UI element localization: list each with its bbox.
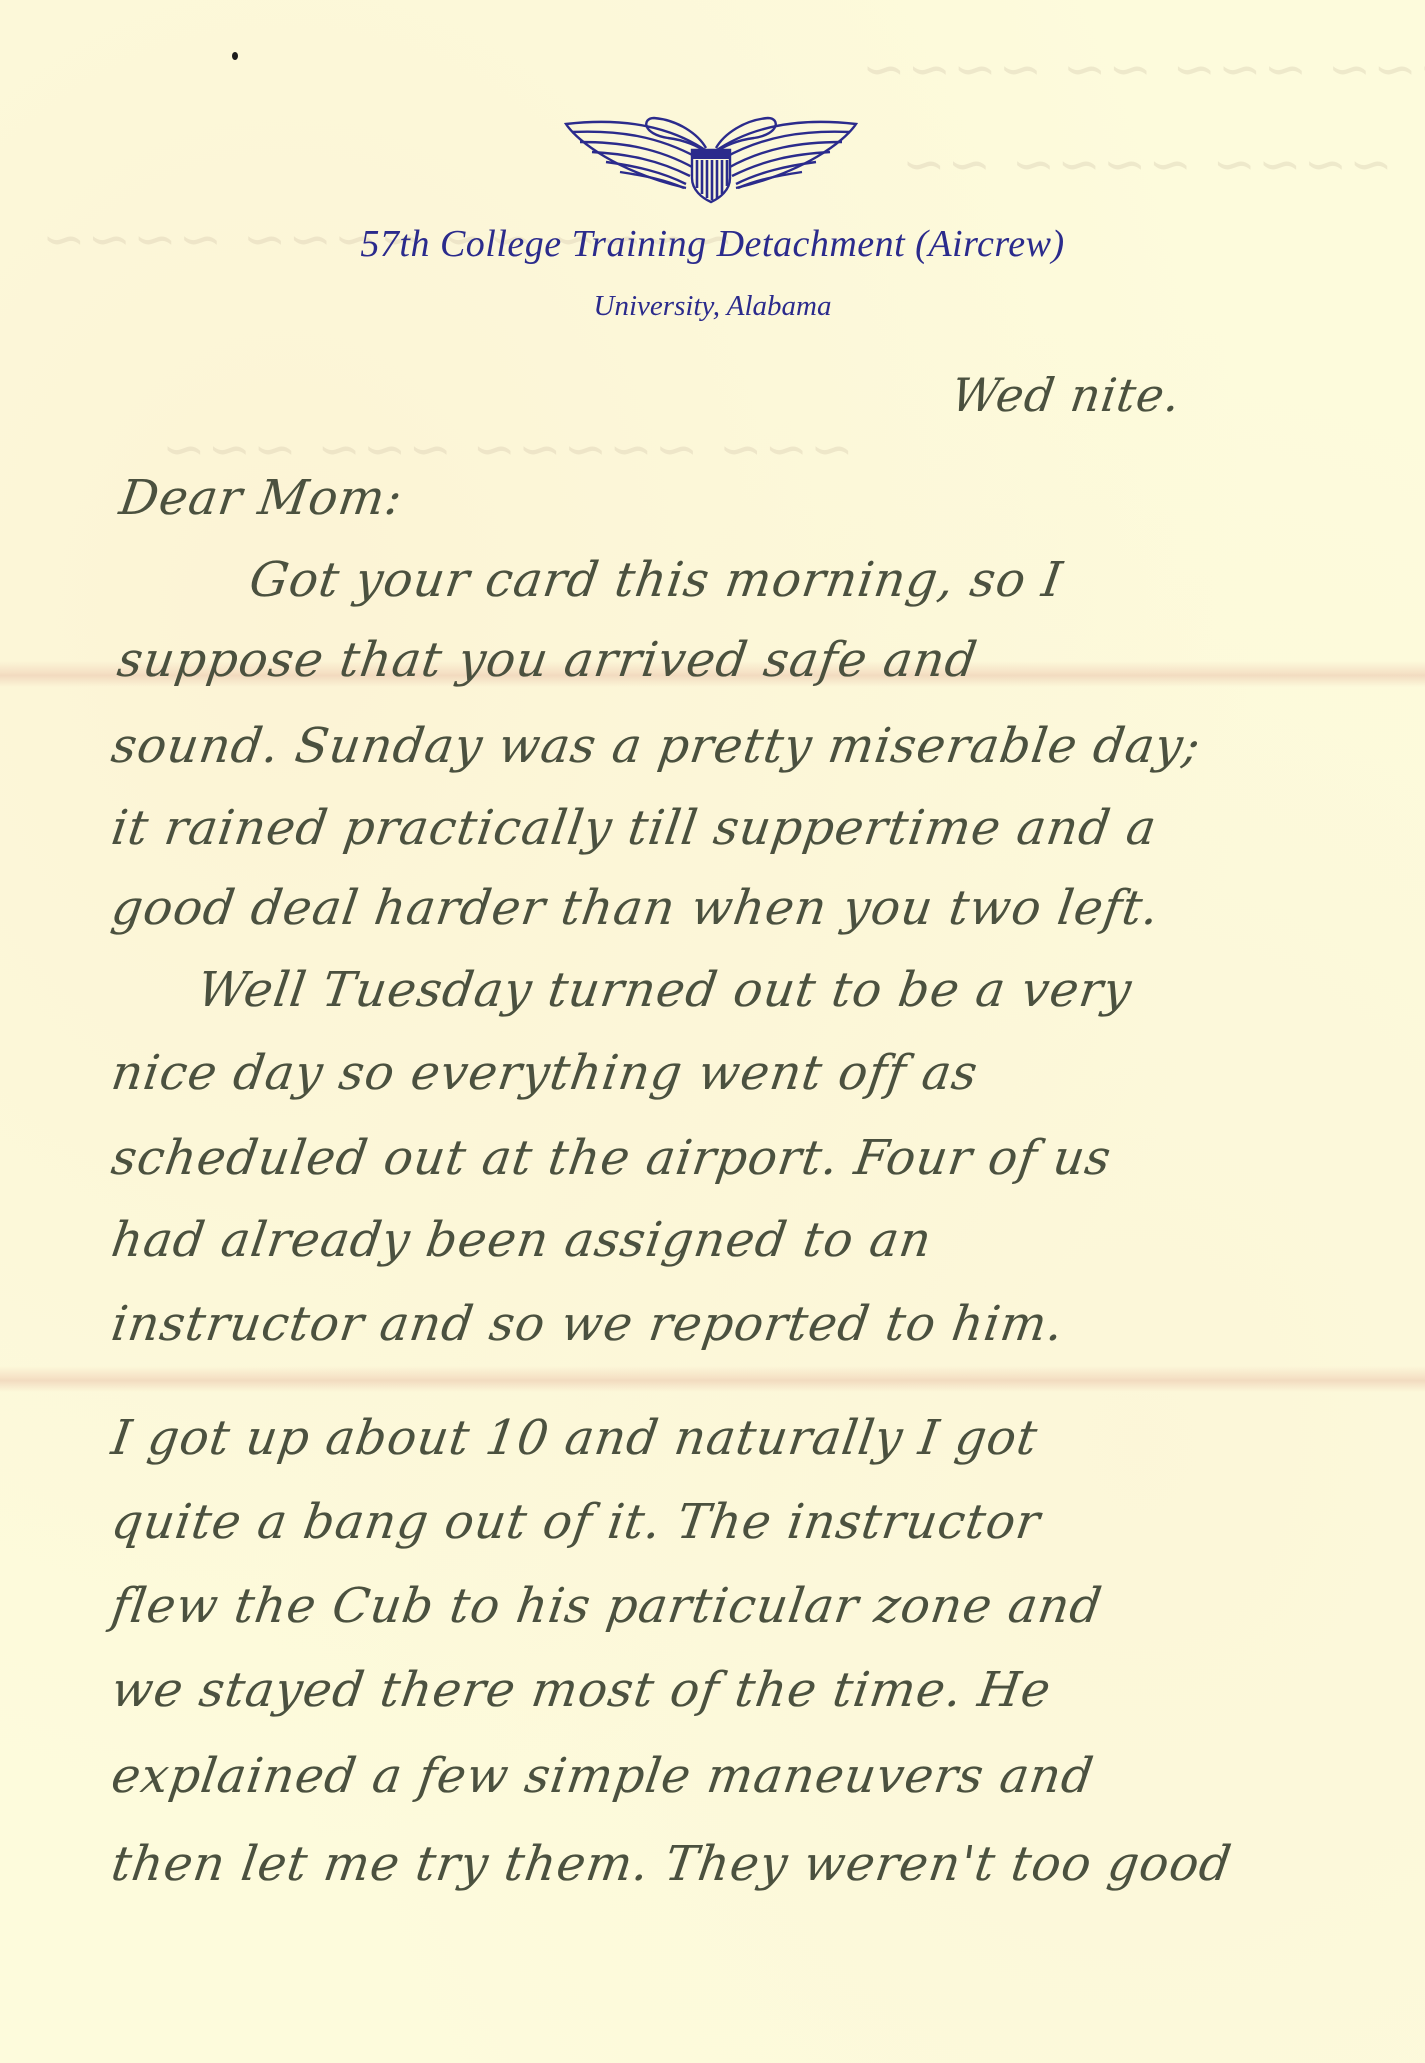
letter-date: Wed nite. [948,368,1184,422]
letter-line: sound. Sunday was a pretty miserable day… [108,718,1204,774]
letter-line: good deal harder than when you two left. [108,880,1163,936]
letter-line: it rained practically till suppertime an… [108,800,1160,856]
letterhead-location: University, Alabama [0,290,1425,323]
letter-line: we stayed there most of the time. He [108,1662,1055,1718]
letter-line: suppose that you arrived safe and [114,632,981,688]
letter-line: nice day so everything went off as [108,1045,982,1101]
bleed-through-text: ~~~~ ~~~~ ~~ [900,135,1393,195]
letter-line: then let me try them. They weren't too g… [108,1836,1235,1892]
letterhead-title: 57th College Training Detachment (Aircre… [0,222,1425,266]
letter-line: Got your card this morning, so I [246,552,1066,608]
letter-line: Well Tuesday turned out to be a very [194,962,1135,1018]
letter-line: explained a few simple maneuvers and [108,1748,1097,1804]
paper-fold-line [0,1366,1425,1392]
letter-line: scheduled out at the airport. Four of us [108,1130,1115,1186]
letter-line: flew the Cub to his particular zone and [108,1578,1106,1634]
letter-line: I got up about 10 and naturally I got [108,1410,1041,1466]
bleed-through-text: ~~~ ~~~ ~~ ~~~~ [860,40,1425,100]
letter-line: instructor and so we reported to him. [108,1296,1067,1352]
letter-line: had already been assigned to an [108,1212,935,1268]
army-air-forces-wings-icon [558,112,864,204]
letter-line: quite a bang out of it. The instructor [108,1494,1044,1550]
ink-dot [232,52,238,60]
letter-salutation: Dear Mom: [116,470,406,526]
